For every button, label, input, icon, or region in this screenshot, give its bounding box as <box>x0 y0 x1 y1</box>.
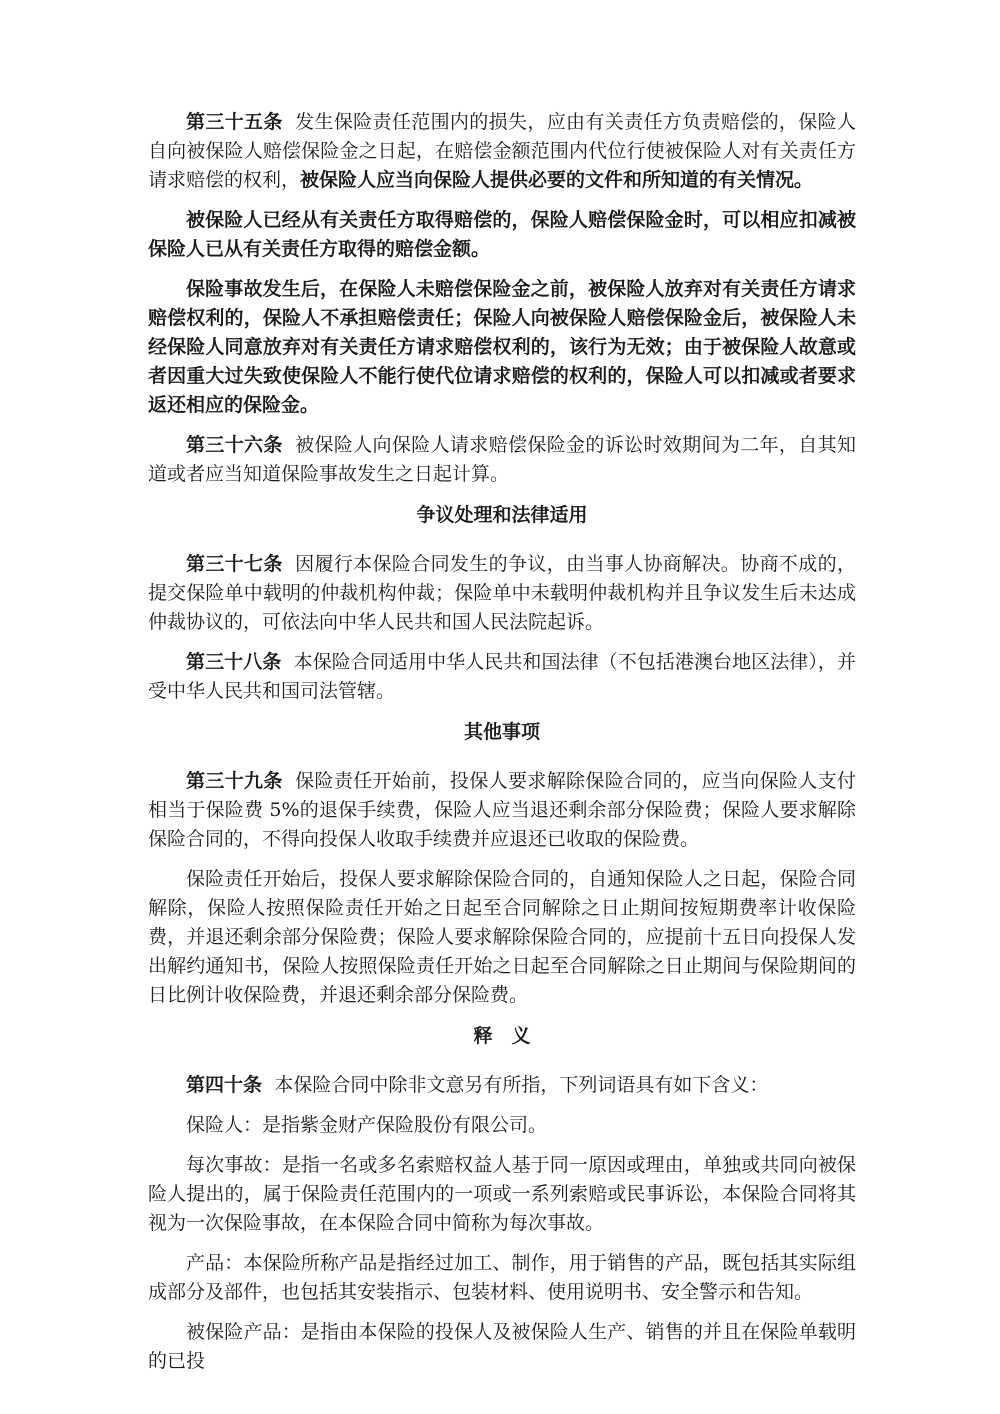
article-40-paragraph: 第四十条本保险合同中除非文意另有所指，下列词语具有如下含义： <box>148 1071 856 1100</box>
article-35-paragraph-2: 被保险人已经从有关责任方取得赔偿的，保险人赔偿保险金时，可以相应扣减被保险人已从… <box>148 206 856 264</box>
article-35-bold-clause: 被保险人应当向保险人提供必要的文件和所知道的有关情况。 <box>300 169 813 191</box>
article-35-paragraph: 第三十五条发生保险责任范围内的损失，应由有关责任方负责赔偿的，保险人自向被保险人… <box>148 108 856 195</box>
section-heading-definitions: 释 义 <box>148 1022 856 1051</box>
section-heading-other-matters: 其他事项 <box>148 718 856 747</box>
article-39-paragraph: 第三十九条保险责任开始前，投保人要求解除保险合同的，应当向保险人支付相当于保险费… <box>148 767 856 854</box>
article-40-number: 第四十条 <box>186 1074 262 1096</box>
document-page: 第三十五条发生保险责任范围内的损失，应由有关责任方负责赔偿的，保险人自向被保险人… <box>0 0 1000 1414</box>
definition-insured-product: 被保险产品：是指由本保险的投保人及被保险人生产、销售的并且在保险单载明的已投 <box>148 1318 856 1376</box>
article-37-paragraph: 第三十七条因履行本保险合同发生的争议，由当事人协商解决。协商不成的，提交保险单中… <box>148 550 856 637</box>
article-39-paragraph-2: 保险责任开始后，投保人要求解除保险合同的，自通知保险人之日起，保险合同解除，保险… <box>148 865 856 1010</box>
article-35-number: 第三十五条 <box>186 111 283 133</box>
article-40-body: 本保险合同中除非文意另有所指，下列词语具有如下含义： <box>274 1074 768 1096</box>
article-39-number: 第三十九条 <box>186 770 283 792</box>
article-35-paragraph-3: 保险事故发生后，在保险人未赔偿保险金之前，被保险人放弃对有关责任方请求赔偿权利的… <box>148 275 856 420</box>
article-37-number: 第三十七条 <box>186 553 283 575</box>
definition-each-occurrence: 每次事故：是指一名或多名索赔权益人基于同一原因或理由，单独或共同向被保险人提出的… <box>148 1151 856 1238</box>
article-38-paragraph: 第三十八条本保险合同适用中华人民共和国法律（不包括港澳台地区法律），并受中华人民… <box>148 648 856 706</box>
article-38-number: 第三十八条 <box>186 651 281 673</box>
definition-insurer: 保险人：是指紫金财产保险股份有限公司。 <box>148 1111 856 1140</box>
definition-product: 产品：本保险所称产品是指经过加工、制作，用于销售的产品，既包括其实际组成部分及部… <box>148 1249 856 1307</box>
article-36-paragraph: 第三十六条被保险人向保险人请求赔偿保险金的诉讼时效期间为二年，自其知道或者应当知… <box>148 431 856 489</box>
section-heading-dispute-law: 争议处理和法律适用 <box>148 501 856 530</box>
article-36-number: 第三十六条 <box>186 434 283 456</box>
